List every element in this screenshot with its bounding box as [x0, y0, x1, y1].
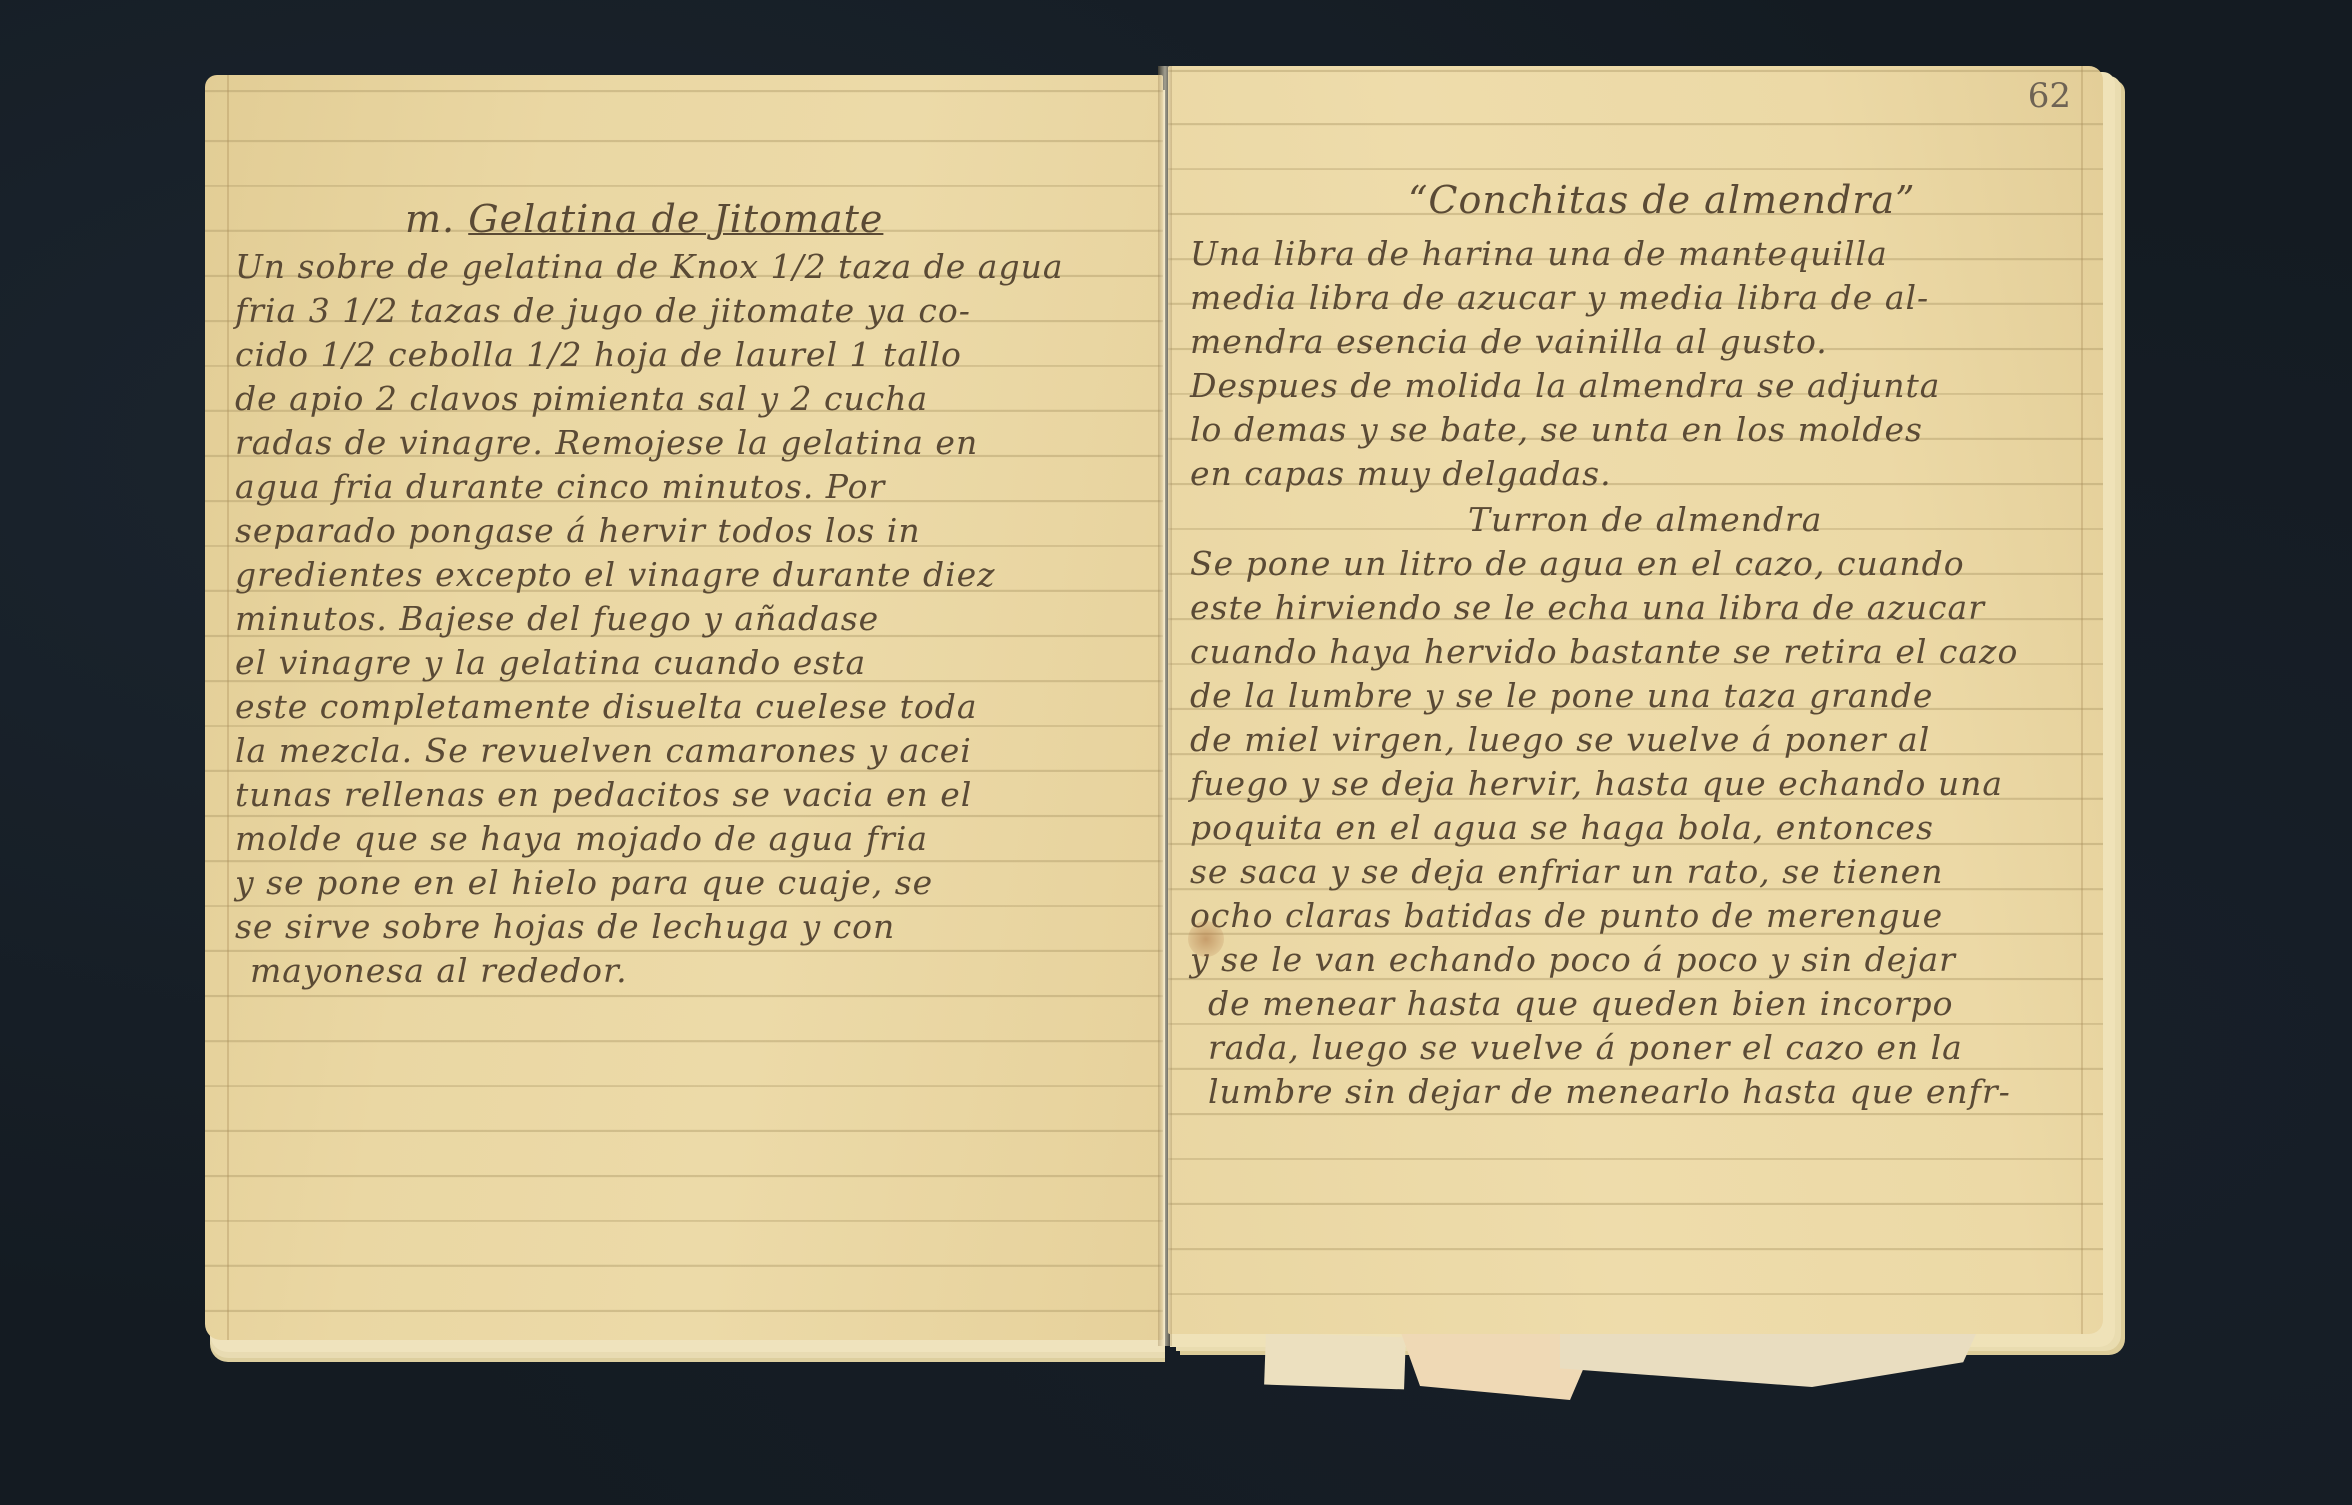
recipe-prefix: m. — [405, 197, 455, 241]
recipe-title: “Conchitas de almendra” — [1408, 178, 1916, 222]
page-number: 62 — [2028, 76, 2071, 116]
text-line: este completamente disuelta cuelese toda — [235, 687, 978, 726]
text-line: mayonesa al rededor. — [250, 951, 628, 990]
torn-paper-fragment — [1264, 1333, 1406, 1390]
text-line: rada, luego se vuelve á poner el cazo en… — [1208, 1028, 1963, 1067]
text-line: fria 3 1/2 tazas de jugo de jitomate ya … — [235, 291, 971, 330]
text-line: agua fria durante cinco minutos. Por — [235, 467, 885, 506]
text-line: la mezcla. Se revuelven camarones y acei — [235, 731, 972, 770]
text-line: Despues de molida la almendra se adjunta — [1190, 366, 1940, 405]
text-line: separado pongase á hervir todos los in — [235, 511, 921, 550]
recipe-title: m. Gelatina de Jitomate — [405, 197, 883, 241]
text-line: de apio 2 clavos pimienta sal y 2 cucha — [235, 379, 928, 418]
ink-stain — [1188, 921, 1224, 957]
recipe-title: Turron de almendra — [1468, 500, 1822, 539]
text-line: de miel virgen, luego se vuelve á poner … — [1190, 720, 1930, 759]
recipe-title-text: Gelatina de Jitomate — [468, 197, 883, 241]
text-line: de menear hasta que queden bien incorpo — [1208, 984, 1954, 1023]
text-line: y se le van echando poco á poco y sin de… — [1190, 940, 1956, 979]
text-line: cuando haya hervido bastante se retira e… — [1190, 632, 2018, 671]
book-spine-gutter — [1158, 66, 1172, 1346]
page-margin-line — [227, 75, 229, 1340]
text-line: radas de vinagre. Remojese la gelatina e… — [235, 423, 978, 462]
text-line: gredientes excepto el vinagre durante di… — [235, 555, 996, 594]
text-line: se saca y se deja enfriar un rato, se ti… — [1190, 852, 1944, 891]
text-line: este hirviendo se le echa una libra de a… — [1190, 588, 1985, 627]
text-line: tunas rellenas en pedacitos se vacia en … — [235, 775, 972, 814]
text-line: mendra esencia de vainilla al gusto. — [1190, 322, 1828, 361]
text-line: lo demas y se bate, se unta en los molde… — [1190, 410, 1923, 449]
text-line: en capas muy delgadas. — [1190, 454, 1612, 493]
text-line: ocho claras batidas de punto de merengue — [1190, 896, 1943, 935]
text-line: minutos. Bajese del fuego y añadase — [235, 599, 879, 638]
text-line: se sirve sobre hojas de lechuga y con — [235, 907, 895, 946]
torn-paper-fragment — [1560, 1325, 1980, 1387]
text-line: lumbre sin dejar de menearlo hasta que e… — [1208, 1072, 2011, 1111]
text-line: Un sobre de gelatina de Knox 1/2 taza de… — [235, 247, 1064, 286]
text-line: Una libra de harina una de mantequilla — [1190, 234, 1888, 273]
text-line: molde que se haya mojado de agua fria — [235, 819, 928, 858]
text-line: Se pone un litro de agua en el cazo, cua… — [1190, 544, 1965, 583]
left-page: m. Gelatina de Jitomate Un sobre de gela… — [205, 75, 1163, 1340]
text-line: media libra de azucar y media libra de a… — [1190, 278, 1929, 317]
page-margin-line — [2081, 66, 2083, 1334]
text-line: de la lumbre y se le pone una taza grand… — [1190, 676, 1933, 715]
open-notebook: m. Gelatina de Jitomate Un sobre de gela… — [0, 0, 2352, 1505]
text-line: poquita en el agua se haga bola, entonce… — [1190, 808, 1934, 847]
text-line: cido 1/2 cebolla 1/2 hoja de laurel 1 ta… — [235, 335, 962, 374]
text-line: el vinagre y la gelatina cuando esta — [235, 643, 866, 682]
text-line: y se pone en el hielo para que cuaje, se — [235, 863, 933, 902]
text-line: fuego y se deja hervir, hasta que echand… — [1190, 764, 2003, 803]
right-page: 62 “Conchitas de almendra” Una libra de … — [1168, 66, 2103, 1334]
